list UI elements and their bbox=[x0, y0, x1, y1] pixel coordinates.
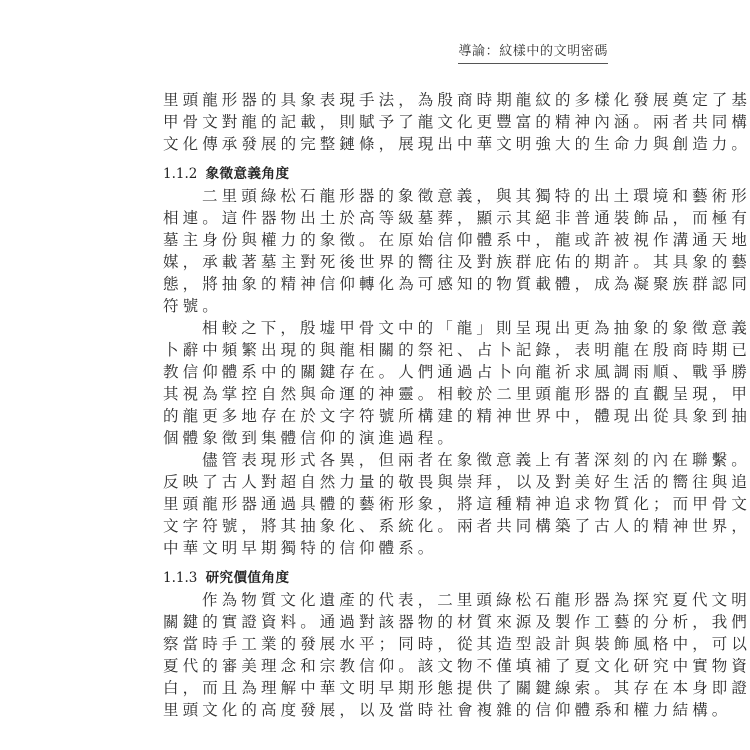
paragraph-symbolism-3: 儘管表現形式各異，但兩者在象徵意義上有著深刻的內在聯繫。它們都 反映了古人對超自… bbox=[163, 449, 583, 559]
section-number: 1.1.3 bbox=[163, 570, 197, 586]
book-page: 導論：紋樣中的文明密碼 里頭龍形器的具象表現手法，為殷商時期龍紋的多樣化發展奠定… bbox=[0, 0, 750, 750]
text-line: 中華文明早期獨特的信仰體系。 bbox=[163, 537, 583, 559]
text-line: 相較之下，殷墟甲骨文中的「龍」則呈現出更為抽象的象徵意義。甲骨 bbox=[163, 317, 583, 339]
text-line: 媒，承載著墓主對死後世界的嚮往及對族群庇佑的期許。其具象的藝術形 bbox=[163, 251, 583, 273]
text-line: 二里頭綠松石龍形器的象徵意義，與其獨特的出土環境和藝術形態緊密 bbox=[163, 185, 583, 207]
section-number: 1.1.2 bbox=[163, 166, 197, 182]
paragraph-intro-continuation: 里頭龍形器的具象表現手法，為殷商時期龍紋的多樣化發展奠定了基礎；而 甲骨文對龍的… bbox=[163, 89, 583, 155]
text-line: 儘管表現形式各異，但兩者在象徵意義上有著深刻的內在聯繫。它們都 bbox=[163, 449, 583, 471]
text-line: 相連。這件器物出土於高等級墓葬，顯示其絕非普通裝飾品，而極有可能是 bbox=[163, 207, 583, 229]
paragraph-symbolism-1: 二里頭綠松石龍形器的象徵意義，與其獨特的出土環境和藝術形態緊密 相連。這件器物出… bbox=[163, 185, 583, 317]
text-line: 文化傳承發展的完整鏈條，展現出中華文明強大的生命力與創造力。 bbox=[163, 133, 583, 155]
text-line: 文字符號，將其抽象化、系統化。兩者共同構築了古人的精神世界，展現了 bbox=[163, 515, 583, 537]
text-line: 關鍵的實證資料。通過對該器物的材質來源及製作工藝的分析，我們得以洞 bbox=[163, 611, 583, 633]
text-line: 的龍更多地存在於文字符號所構建的精神世界中，體現出從具象到抽象、從 bbox=[163, 405, 583, 427]
page-number: 5 bbox=[605, 703, 611, 718]
text-line: 其視為掌控自然與命運的神靈。相較於二里頭龍形器的直觀呈現，甲骨文中 bbox=[163, 383, 583, 405]
text-line: 教信仰體系中的關鍵存在。人們通過占卜向龍祈求風調雨順、戰爭勝利，將 bbox=[163, 361, 583, 383]
text-line: 夏代的審美理念和宗教信仰。該文物不僅填補了夏文化研究中實物資料的空 bbox=[163, 655, 583, 677]
running-header: 導論：紋樣中的文明密碼 bbox=[458, 44, 608, 64]
section-title: 研究價值角度 bbox=[206, 570, 290, 586]
body-text: 里頭龍形器的具象表現手法，為殷商時期龍紋的多樣化發展奠定了基礎；而 甲骨文對龍的… bbox=[163, 89, 583, 721]
text-line: 態，將抽象的精神信仰轉化為可感知的物質載體，成為凝聚族群認同的重要 bbox=[163, 273, 583, 295]
text-line: 里頭龍形器的具象表現手法，為殷商時期龍紋的多樣化發展奠定了基礎；而 bbox=[163, 89, 583, 111]
text-line: 里頭文化的高度發展，以及當時社會複雜的信仰體系和權力結構。 bbox=[163, 699, 583, 721]
text-line: 反映了古人對超自然力量的敬畏與崇拜，以及對美好生活的嚮往與追求。二 bbox=[163, 471, 583, 493]
text-line: 符號。 bbox=[163, 295, 583, 317]
text-line: 白，而且為理解中華文明早期形態提供了關鍵線索。其存在本身即證明了二 bbox=[163, 677, 583, 699]
section-heading-1-1-3: 1.1.3 研究價值角度 bbox=[163, 567, 583, 589]
paragraph-symbolism-2: 相較之下，殷墟甲骨文中的「龍」則呈現出更為抽象的象徵意義。甲骨 卜辭中頻繁出現的… bbox=[163, 317, 583, 449]
text-line: 個體象徵到集體信仰的演進過程。 bbox=[163, 427, 583, 449]
text-line: 察當時手工業的發展水平；同時，從其造型設計與裝飾風格中，可以解讀出 bbox=[163, 633, 583, 655]
text-line: 作為物質文化遺產的代表，二里頭綠松石龍形器為探究夏代文明提供了 bbox=[163, 589, 583, 611]
text-line: 墓主身份與權力的象徵。在原始信仰體系中，龍或許被視作溝通天地的靈 bbox=[163, 229, 583, 251]
text-line: 里頭龍形器通過具體的藝術形象，將這種精神追求物質化；而甲骨文則通過 bbox=[163, 493, 583, 515]
text-line: 甲骨文對龍的記載，則賦予了龍文化更豐富的精神內涵。兩者共同構成了龍 bbox=[163, 111, 583, 133]
text-line: 卜辭中頻繁出現的與龍相關的祭祀、占卜記錄，表明龍在殷商時期已成為宗 bbox=[163, 339, 583, 361]
section-heading-1-1-2: 1.1.2 象徵意義角度 bbox=[163, 163, 583, 185]
paragraph-research-value: 作為物質文化遺產的代表，二里頭綠松石龍形器為探究夏代文明提供了 關鍵的實證資料。… bbox=[163, 589, 583, 721]
section-title: 象徵意義角度 bbox=[206, 166, 290, 182]
